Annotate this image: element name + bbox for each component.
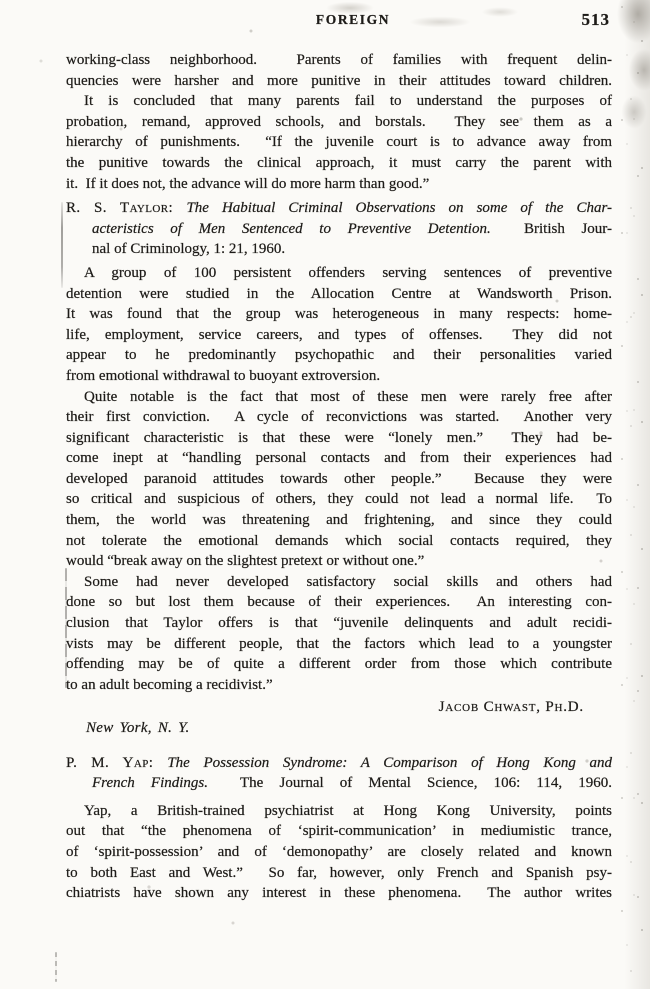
text-line: P. M. Yap: The Possession Syndrome: A Co…: [66, 753, 612, 774]
reviewer-signature: Jacob Chwast, Ph.D.: [66, 697, 612, 718]
text-line: out that “the phenomena of ‘spirit-commu…: [66, 821, 612, 842]
text-line: the punitive towards the clinical approa…: [66, 153, 612, 174]
reviewer-location: New York, N. Y.: [66, 718, 612, 739]
scanned-journal-page: FOREIGN 513 working-class neighborhood. …: [0, 0, 650, 989]
reference-title-italic: The Possession Syndrome: A Comparison of…: [167, 755, 612, 771]
text-line: to an adult becoming a recidivist.”: [66, 675, 612, 696]
text-line: detention were studied in the Allocation…: [66, 284, 612, 305]
body-paragraph: A group of 100 persistent offenders serv…: [66, 263, 612, 387]
text-line: it. If it does not, the advance will do …: [66, 174, 612, 195]
text-line: to both East and West.” So far, however,…: [66, 863, 612, 884]
body-paragraph: working-class neighborhood. Parents of f…: [66, 50, 612, 91]
running-title: FOREIGN: [80, 12, 626, 28]
text-line: It was found that the group was heteroge…: [66, 304, 612, 325]
pencil-margin-mark: [55, 952, 57, 982]
text-line: vists may be different people, that the …: [66, 634, 612, 655]
text-line: probation, remand, approved schools, and…: [66, 112, 612, 133]
text-line: offending may be of quite a different or…: [66, 654, 612, 675]
text-line: French Findings. The Journal of Mental S…: [66, 773, 612, 794]
text-segment: The Journal of Mental Science, 106: 114,…: [208, 775, 612, 791]
text-line: not tolerate the emotional demands which…: [66, 531, 612, 552]
reference-title-italic: acteristics of Men Sentenced to Preventi…: [92, 221, 491, 237]
text-line: them, the world was threatening and frig…: [66, 510, 612, 531]
text-line: quencies were harsher and more punitive …: [66, 71, 612, 92]
body-paragraph: Quite notable is the fact that most of t…: [66, 387, 612, 572]
author-name-smallcaps: R. S. Taylor:: [66, 200, 186, 216]
text-segment: British Jour-: [491, 221, 612, 237]
text-line: It is concluded that many parents fail t…: [66, 91, 612, 112]
scan-specks: [0, 0, 2, 2]
text-line: clusion that Taylor offers is that “juve…: [66, 613, 612, 634]
reference-entry-yap: P. M. Yap: The Possession Syndrome: A Co…: [66, 753, 612, 794]
page-number: 513: [582, 10, 611, 30]
text-line: done so but lost them because of their e…: [66, 592, 612, 613]
reference-entry-taylor: R. S. Taylor: The Habitual Criminal Obse…: [66, 198, 612, 260]
text-segment: nal of Criminology, 1: 21, 1960.: [92, 241, 285, 257]
text-line: hierarchy of punishments. “If the juveni…: [66, 132, 612, 153]
body-paragraph: Some had never developed satisfactory so…: [66, 572, 612, 696]
text-line: Quite notable is the fact that most of t…: [66, 387, 612, 408]
text-line: life, employment, service careers, and t…: [66, 325, 612, 346]
text-line: R. S. Taylor: The Habitual Criminal Obse…: [66, 198, 612, 219]
pencil-margin-mark: [65, 568, 67, 688]
reference-title-italic: The Habitual Criminal Observations on so…: [186, 200, 612, 216]
text-line: working-class neighborhood. Parents of f…: [66, 50, 612, 71]
text-line: appear to he predominantly psychopathic …: [66, 345, 612, 366]
text-line: developed paranoid attitudes towards oth…: [66, 469, 612, 490]
text-line: so critical and suspicious of others, th…: [66, 489, 612, 510]
body-paragraph: It is concluded that many parents fail t…: [66, 91, 612, 194]
text-line: chiatrists have shown any interest in th…: [66, 883, 612, 904]
text-line: Some had never developed satisfactory so…: [66, 572, 612, 593]
page-header: FOREIGN 513: [66, 12, 612, 34]
text-line: Yap, a British-trained psychiatrist at H…: [66, 801, 612, 822]
text-line: from emotional withdrawal to buoyant ext…: [66, 366, 612, 387]
text-line: their first conviction. A cycle of recon…: [66, 407, 612, 428]
body-paragraph: Yap, a British-trained psychiatrist at H…: [66, 801, 612, 904]
page-content: working-class neighborhood. Parents of f…: [66, 50, 612, 904]
text-line: significant characteristic is that these…: [66, 428, 612, 449]
author-name-smallcaps: P. M. Yap:: [66, 755, 167, 771]
text-line: acteristics of Men Sentenced to Preventi…: [66, 219, 612, 240]
pencil-margin-mark: [61, 202, 63, 288]
text-line: come inept at “handling personal contact…: [66, 448, 612, 469]
reference-title-italic: French Findings.: [92, 775, 208, 791]
text-line: A group of 100 persistent offenders serv…: [66, 263, 612, 284]
text-line: nal of Criminology, 1: 21, 1960.: [66, 239, 612, 260]
text-line: of ‘spirit-possession’ and of ‘demonopat…: [66, 842, 612, 863]
text-line: would “break away on the slightest prete…: [66, 551, 612, 572]
scan-noise-band: [616, 0, 650, 989]
